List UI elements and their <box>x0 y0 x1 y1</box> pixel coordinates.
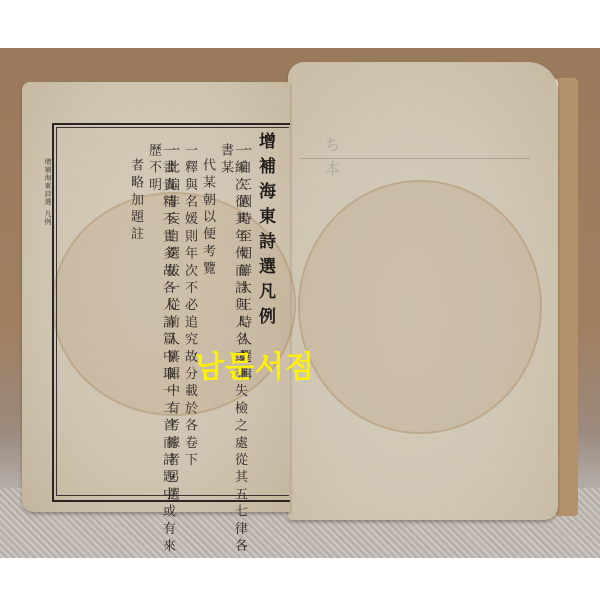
ghost-mark: ち <box>320 136 343 152</box>
text-column-7: 者略加題註 <box>128 158 142 244</box>
text-column-3: 代某朝以便考覽 <box>200 158 214 278</box>
book-cover-board <box>556 78 578 516</box>
margin-section: 凡例 <box>41 210 55 226</box>
text-column-4: 一釋與名媛則年次不必追究故分載於各卷下 <box>182 143 196 470</box>
page-title: 增補海東詩選凡例 <box>258 132 272 332</box>
ghost-mark: 本 <box>320 160 343 176</box>
text-column-6: 一書貴精不貴多故各人詩篇中取一二首而詩題中或有來歷不明 <box>146 143 174 558</box>
margin-title: 增補海東詩選 <box>41 158 55 206</box>
right-page <box>288 62 558 520</box>
water-stain <box>298 180 542 434</box>
book-photo: ち 本 增補海東詩選 凡例 增補海東詩選凡例 一自三國時至朝鮮太王時人選輯 一編… <box>0 48 600 558</box>
watermark: 남문서점 <box>195 342 315 386</box>
pencil-line-top <box>300 158 530 159</box>
